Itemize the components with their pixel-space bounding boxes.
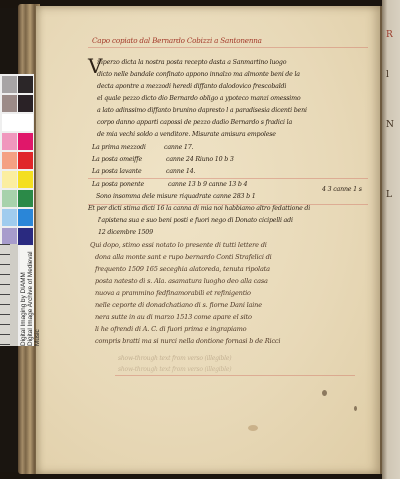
- swatch-gray-dark: [18, 76, 33, 93]
- page-stain: [248, 425, 258, 431]
- later-annotation-line: compris bratti ma si nurci nella dontion…: [95, 337, 280, 345]
- show-through-text: show-through text from verso (illegible): [118, 355, 231, 362]
- measurement-value: canne 14.: [166, 168, 195, 175]
- facing-page-mark: l: [386, 70, 389, 80]
- swatch-green: [18, 190, 33, 207]
- measurement-value: canne 13 b 9 canne 13 b 4: [168, 181, 247, 188]
- later-annotation-line: li he ofrendi di A. C. di fuori prima e …: [95, 325, 246, 333]
- text-line: de mia vechi soldo a venditore. Misurate…: [97, 131, 276, 138]
- swatch-magenta: [18, 133, 33, 150]
- ruling-line: [88, 47, 368, 48]
- facing-page-mark: L: [386, 190, 392, 200]
- swatch-gray-light: [2, 76, 17, 93]
- measuring-ruler: [0, 244, 18, 346]
- ruling-line: [88, 178, 368, 179]
- facing-page-mark: R: [386, 30, 393, 40]
- text-line: decta apontre a mezzodi heredi diffanto …: [97, 83, 286, 90]
- show-through-text: show-through text from verso (illegible): [118, 366, 231, 373]
- measurement-label: La posta ponente: [92, 181, 144, 188]
- diamm-credit: Digital Imaging by DIAMM Digital Image A…: [20, 246, 34, 346]
- page-stain: [322, 390, 327, 396]
- measurement-value: canne 17.: [164, 144, 193, 151]
- swatch-yellow-light: [2, 171, 17, 188]
- facing-page-edge: [382, 0, 400, 479]
- swatch-mauve-light: [2, 95, 17, 112]
- manuscript-heading: Capo copiato dal Bernardo Cobizzi a Sant…: [92, 36, 262, 45]
- measurement-label: La prima mezzodi: [92, 144, 146, 151]
- ruling-line: [115, 375, 355, 376]
- text-line: mperzo dicta la nostra posta recepto das…: [97, 59, 286, 66]
- swatch-violet-light: [2, 228, 17, 245]
- text-line: dicto nelle bandale confinato appono inn…: [97, 71, 300, 78]
- text-line: a lato adinssimo diffanto brunino dapres…: [97, 107, 307, 114]
- measurement-label: La posta omeiffe: [92, 156, 142, 163]
- swatch-salmon: [2, 152, 17, 169]
- text-line: corpo danno apparti capossi de pezzo dad…: [97, 119, 292, 126]
- swatch-red: [18, 152, 33, 169]
- later-annotation-line: Qui dopo, stimo essi notato lo presente …: [90, 241, 267, 249]
- swatch-green-light: [2, 190, 17, 207]
- later-annotation-line: nuova a prammino fedfinamorabili et refi…: [95, 289, 251, 297]
- total-line: Sono insomma dele misure riquadrate cann…: [96, 193, 256, 200]
- swatch-pink-light: [2, 133, 17, 150]
- text-line: l'apistena sua e suo beni posti e fuori …: [98, 217, 293, 224]
- measurement-label: La posta lavante: [92, 168, 141, 175]
- later-annotation-line: posta natesto di s. Ala. asamatura luogh…: [95, 277, 268, 285]
- later-annotation-line: frequento 1509 165 seceghia alatoreda, t…: [95, 265, 270, 273]
- measurement-value: canne 24 Riuno 10 b 3: [166, 156, 234, 163]
- text-line: el quale pezzo dicto dio Bernardo obligo…: [97, 95, 300, 102]
- swatch-mauve-dark: [18, 95, 33, 112]
- later-annotation-line: nelle ceporte di donadchatiano di s. fio…: [95, 301, 262, 309]
- facing-page-mark: N: [386, 120, 394, 130]
- later-annotation-line: dona alla monte sant e rupo bernardo Con…: [95, 253, 272, 261]
- text-line: Et per dicti stima dicti 16 la canna di …: [88, 205, 310, 212]
- later-annotation-line: nera sutte in au di marzo 1513 come apar…: [95, 313, 252, 321]
- swatch-blue-light: [2, 209, 17, 226]
- text-line: 12 dicembre 1509: [98, 229, 153, 236]
- swatch-navy: [18, 228, 33, 245]
- swatch-white: [2, 114, 33, 131]
- credit-line-1: Digital Imaging by DIAMM: [20, 272, 27, 346]
- swatch-yellow: [18, 171, 33, 188]
- margin-note: 4 3 canne 1 s: [322, 186, 362, 193]
- page-stain: [354, 406, 357, 411]
- swatch-blue: [18, 209, 33, 226]
